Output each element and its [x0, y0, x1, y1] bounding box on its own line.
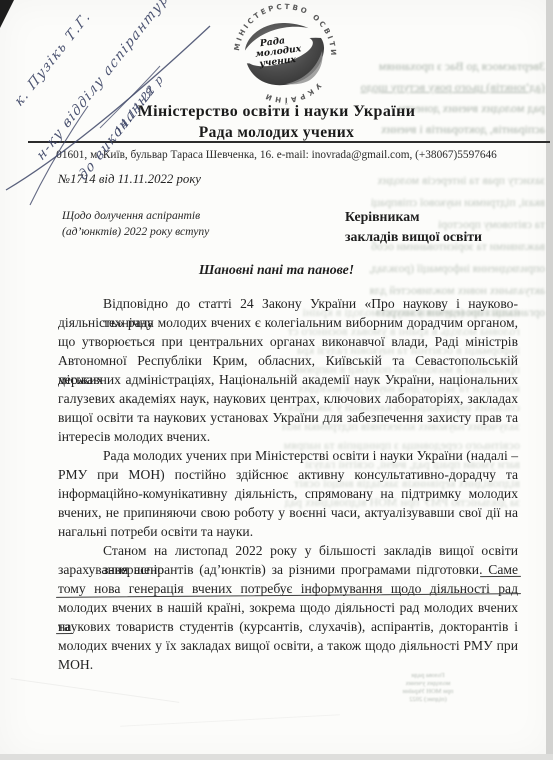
paper-crease: [11, 678, 179, 703]
letter-body: Відповідно до статті 24 Закону України «…: [58, 294, 518, 674]
letter-line: вчених, не припиняючи свою роботу у воєн…: [58, 503, 518, 522]
letter-line: що утворюється при центральних органах в…: [58, 332, 518, 351]
pen-underlined-text: Саме: [482, 562, 518, 577]
letter-line: інформаційно-комунікативну діяльність, с…: [58, 484, 518, 503]
letter-line: Рада молодих учених при Міністерстві осв…: [58, 446, 518, 465]
contact-line: 01601, м. Київ, бульвар Тараса Шевченка,…: [0, 149, 553, 161]
letter-line: Станом на листопад 2022 року у більшості…: [58, 541, 518, 560]
letter-line: вищої освіти та наукових установах Украї…: [58, 408, 518, 427]
addressee-line-1: Керівникам: [345, 207, 482, 227]
letter-line: МОН.: [58, 655, 518, 674]
salutation: Шановні пані та панове!: [0, 262, 553, 278]
handwriting-line-1: к. Пузікь Т.Г.: [12, 7, 94, 110]
reference-number: №1714 від 11.11.2022 року: [58, 172, 201, 187]
council-title: Рада молодих учених: [0, 124, 553, 142]
ministry-title: Міністерство освіти і науки України: [0, 103, 553, 121]
letter-line: тому нова генерація вчених потребує інфо…: [58, 579, 518, 598]
pen-underlined-text: тому нова генерація вчених потребує інфо…: [58, 581, 518, 596]
letter-line: державних адміністраціях, Національній а…: [58, 370, 518, 389]
subject-line-2: (ад’юнктів) 2022 року вступу: [62, 224, 209, 240]
letter-line: діяльність» рада молодих вчених є колегі…: [58, 313, 518, 332]
svg-text:УКРАЇНИ: УКРАЇНИ: [261, 81, 323, 105]
scan-corner-mark: [0, 0, 14, 28]
addressee-line-2: закладів вищої освіти: [345, 227, 482, 247]
letter-line: РМУ при МОН) постійно здійснює активну к…: [58, 465, 518, 484]
addressee-block: Керівникам закладів вищої освіти: [345, 207, 482, 246]
letter-line: інтересів молодих вчених.: [58, 427, 518, 446]
letter-line: наукових товариств студентів (курсантів,…: [58, 617, 518, 636]
subject-line-1: Щодо долучення аспірантів: [62, 208, 209, 224]
letter-line: Відповідно до статті 24 Закону України «…: [58, 294, 518, 313]
scan-edge-bottom: [0, 754, 553, 760]
seal-ring-bottom-text: УКРАЇНИ: [261, 81, 323, 105]
letter-line: молодих вчених в нашій країні, зокрема щ…: [58, 598, 518, 617]
paper-crease: [120, 714, 340, 727]
subject-block: Щодо долучення аспірантів (ад’юнктів) 20…: [62, 208, 209, 239]
letter-line: молодих вчених у їх закладах вищої освіт…: [58, 636, 518, 655]
letter-line: галузевих академіях наук, наукових центр…: [58, 389, 518, 408]
header-rule: [28, 141, 550, 143]
council-seal-logo: МІНІСТЕРСТВО ОСВІТИ І НАУКИ УКРАЇНИ Рада…: [224, 1, 346, 105]
bleedthrough-signature: Голова радимолодих ученихпри МОН України…: [398, 672, 458, 704]
letter-line: Автономної Республіки Крим, обласних, Ки…: [58, 351, 518, 370]
scanned-letter-page: Звертаємося до Вас з проханням(ад’юнктів…: [0, 0, 553, 760]
letter-line: зарахування аспірантів (ад’юнктів) за рі…: [58, 560, 518, 579]
letter-line: нагальні потреби освіти та науки.: [58, 522, 518, 541]
